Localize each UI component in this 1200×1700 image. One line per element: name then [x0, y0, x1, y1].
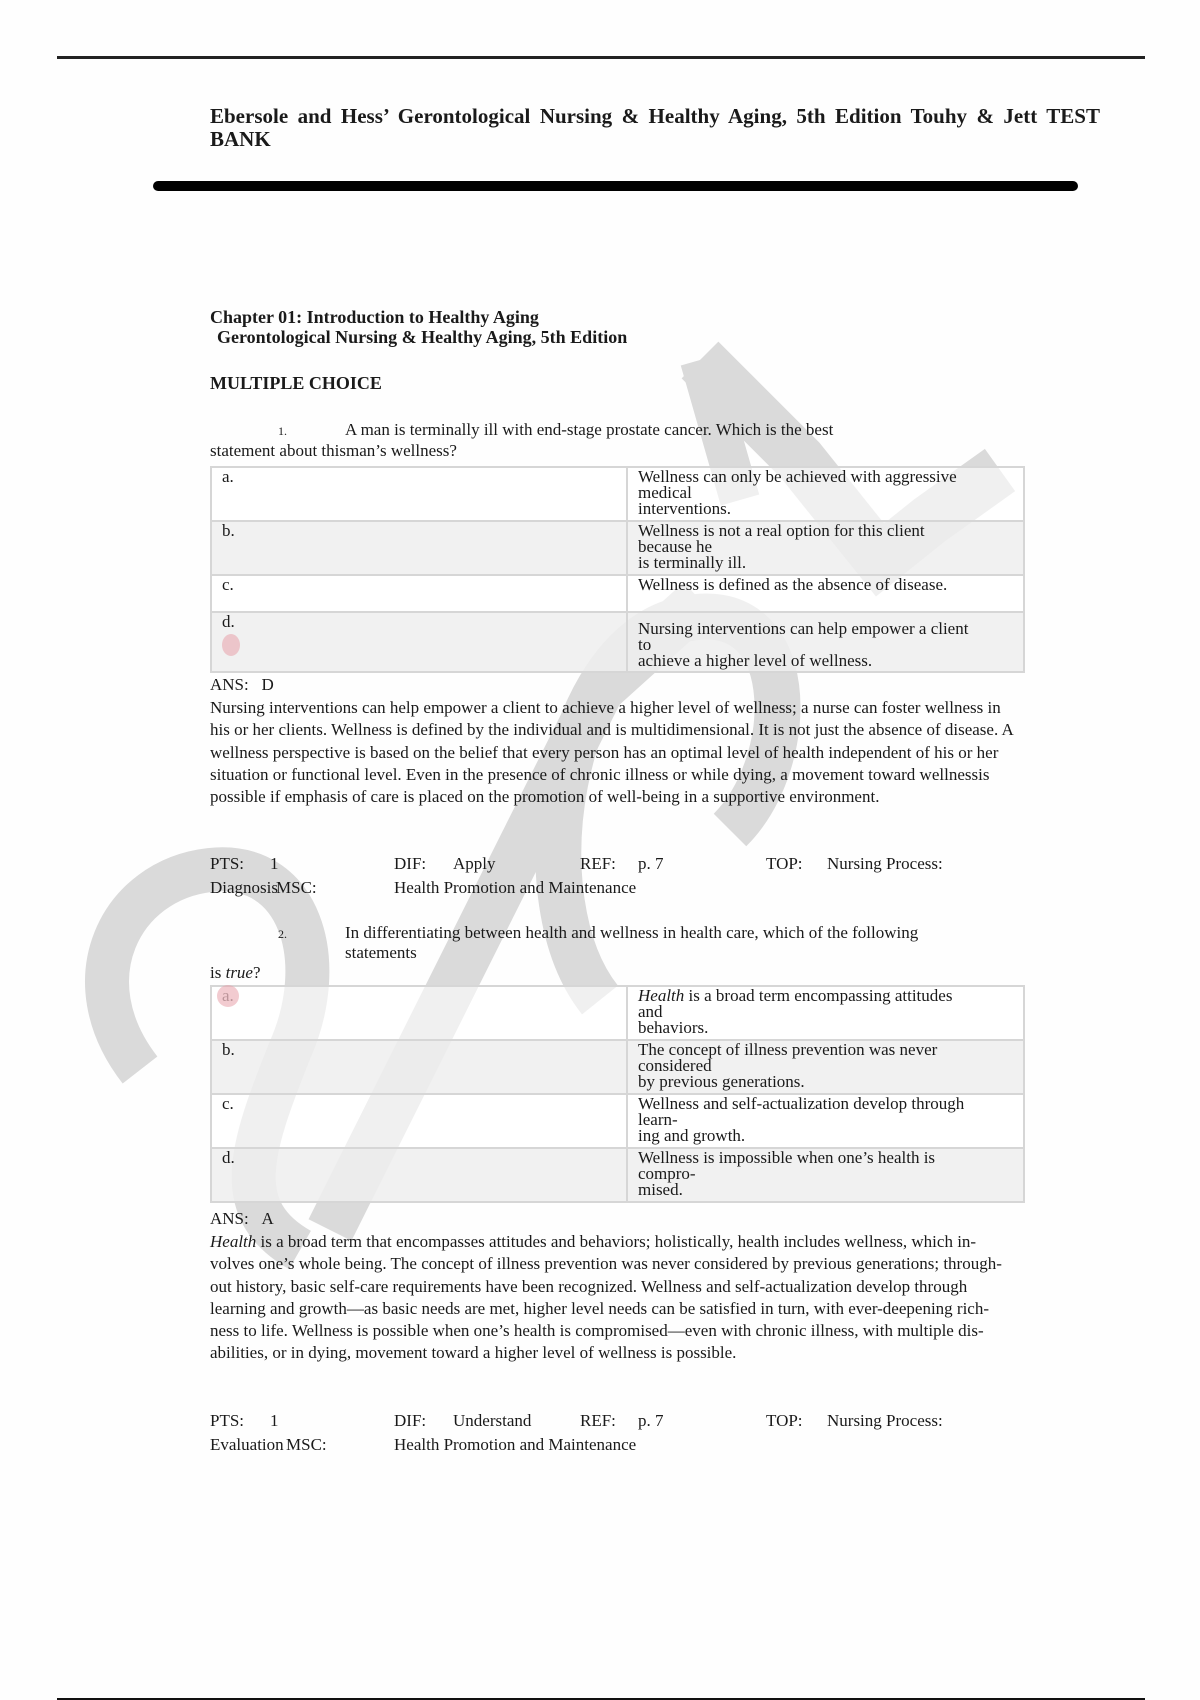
question-1-meta: PTS:1 DIF:Apply REF:p. 7 TOP:Nursing Pro… [210, 852, 1030, 900]
section-heading: MULTIPLE CHOICE [210, 373, 382, 394]
highlight-mark [217, 985, 239, 1007]
title-divider [153, 181, 1078, 191]
document-title: Ebersole and Hess’ Gerontological Nursin… [210, 105, 1100, 151]
chapter-subtitle: Gerontological Nursing & Healthy Aging, … [210, 327, 627, 347]
option-text: Wellness is defined as the absence of di… [627, 575, 1024, 612]
question-number: 1. [210, 421, 345, 441]
question-1-stem: 1.A man is terminally ill with end-stage… [210, 420, 1040, 461]
question-2-options: a. Health is a broad term encompassing a… [210, 985, 1025, 1203]
answer-value: A [261, 1209, 273, 1228]
question-number: 2. [210, 924, 345, 944]
option-letter: c. [211, 575, 627, 612]
option-row[interactable]: d. Nursing interventions can help empowe… [211, 612, 1024, 672]
question-2-meta: PTS:1 DIF:Understand REF:p. 7 TOP:Nursin… [210, 1409, 1030, 1457]
option-letter: d. [211, 1148, 627, 1202]
option-letter: a. [211, 986, 627, 1040]
option-letter: b. [211, 521, 627, 575]
option-letter: a. [211, 467, 627, 521]
question-1-rationale: Nursing interventions can help empower a… [210, 697, 1015, 808]
option-row[interactable]: a. Health is a broad term encompassing a… [211, 986, 1024, 1040]
option-text: Nursing interventions can help empower a… [627, 612, 1024, 672]
question-text: In differentiating between health and we… [345, 923, 918, 942]
option-text: Wellness can only be achieved with aggre… [627, 467, 1024, 521]
question-text-cont: statement about thisman’s wellness? [210, 441, 457, 460]
option-text: Wellness is not a real option for this c… [627, 521, 1024, 575]
chapter-title: Chapter 01: Introduction to Healthy Agin… [210, 307, 627, 327]
difficulty-value: Apply [453, 852, 496, 876]
option-letter: b. [211, 1040, 627, 1094]
option-text: Wellness is impossible when one’s health… [627, 1148, 1024, 1202]
question-2-answer: ANS: A [210, 1209, 274, 1229]
option-row[interactable]: d. Wellness is impossible when one’s hea… [211, 1148, 1024, 1202]
question-1-options: a. Wellness can only be achieved with ag… [210, 466, 1025, 673]
option-row[interactable]: a. Wellness can only be achieved with ag… [211, 467, 1024, 521]
question-2-rationale: Health is a broad term that encompasses … [210, 1231, 1015, 1365]
question-1-answer: ANS: D [210, 675, 274, 695]
option-row[interactable]: c. Wellness and self-actualization devel… [211, 1094, 1024, 1148]
option-text: The concept of illness prevention was ne… [627, 1040, 1024, 1094]
option-letter: d. [211, 612, 627, 672]
chapter-heading: Chapter 01: Introduction to Healthy Agin… [210, 307, 627, 347]
option-row[interactable]: b. The concept of illness prevention was… [211, 1040, 1024, 1094]
option-text: Health is a broad term encompassing atti… [627, 986, 1024, 1040]
answer-value: D [261, 675, 273, 694]
option-letter: c. [211, 1094, 627, 1148]
option-row[interactable]: b. Wellness is not a real option for thi… [211, 521, 1024, 575]
question-text: A man is terminally ill with end-stage p… [345, 420, 833, 439]
option-row[interactable]: c. Wellness is defined as the absence of… [211, 575, 1024, 612]
document-page: Ebersole and Hess’ Gerontological Nursin… [0, 0, 1200, 1700]
option-text: Wellness and self-actualization develop … [627, 1094, 1024, 1148]
highlight-mark [222, 634, 240, 656]
question-2-stem: 2.In differentiating between health and … [210, 923, 1050, 983]
difficulty-value: Understand [453, 1409, 531, 1433]
